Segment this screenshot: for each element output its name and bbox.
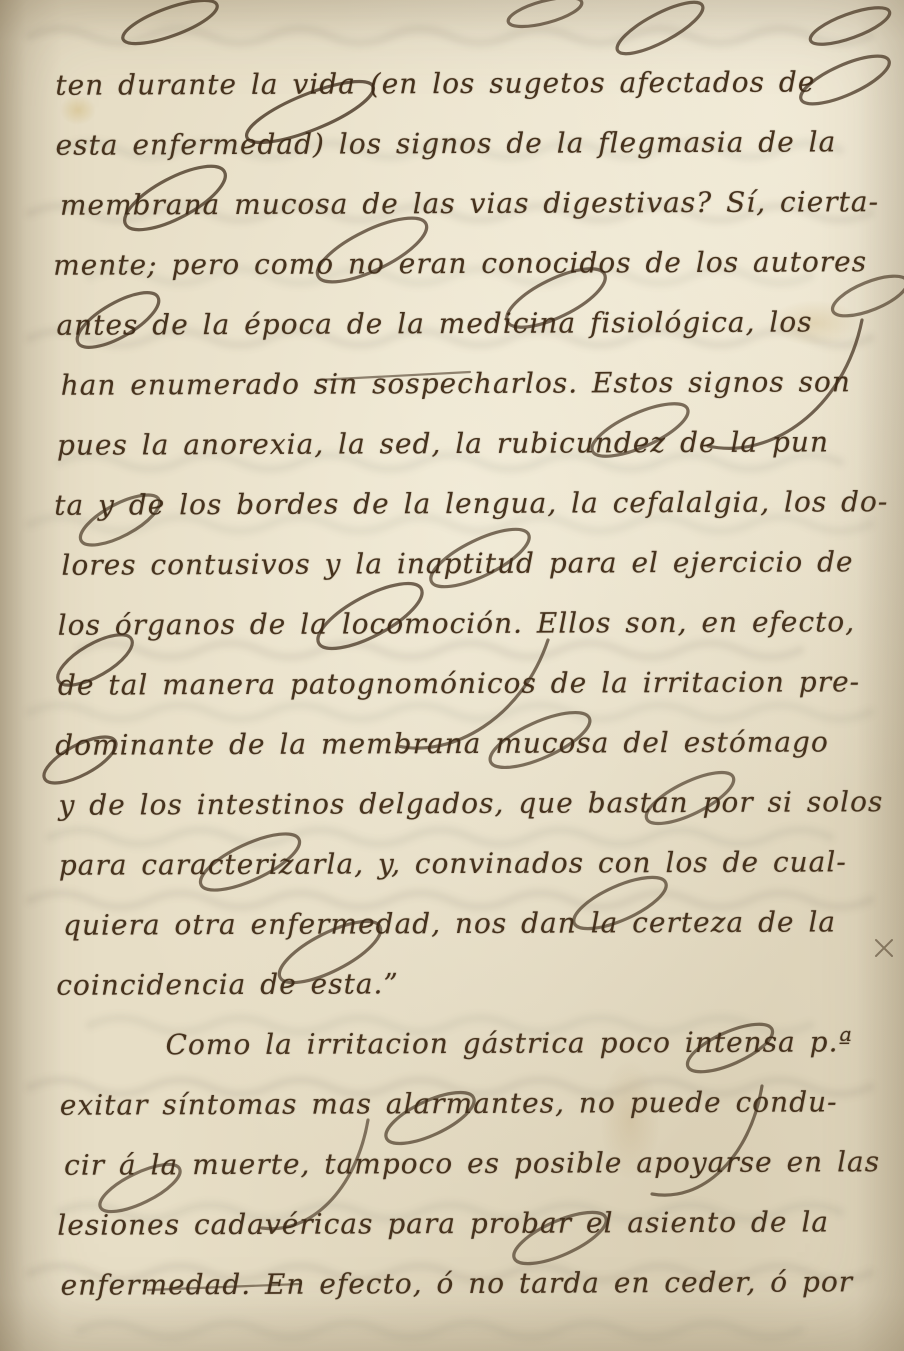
margin-cross-mark <box>876 940 892 956</box>
manuscript-line: y de los intestinos delgados, que bastan… <box>58 772 864 836</box>
manuscript-line: pues la anorexia, la sed, la rubicundez … <box>57 412 863 476</box>
manuscript-text: ten durante la vida (en los sugetos afec… <box>55 52 866 1316</box>
manuscript-line: los órganos de la locomoción. Ellos son,… <box>58 592 864 656</box>
manuscript-line: ten durante la vida (en los sugetos afec… <box>55 52 861 116</box>
manuscript-line: antes de la época de la medicina fisioló… <box>56 292 862 356</box>
manuscript-line: cir á la muerte, tampoco es posible apoy… <box>64 1132 866 1195</box>
manuscript-line: para caracterizarla, y, convinados con l… <box>59 832 865 896</box>
flourish-loop <box>505 0 584 32</box>
manuscript-line: esta enfermedad) los signos de la flegma… <box>56 112 862 176</box>
second-paragraph: Como la irritacion gástrica poco intensa… <box>59 1012 866 1316</box>
manuscript-line: lores contusivos y la inaptitud para el … <box>61 532 863 595</box>
manuscript-line: han enumerado sin sospecharlos. Estos si… <box>61 352 863 415</box>
flourish-loop <box>118 0 222 52</box>
manuscript-line: enfermedad. En efecto, ó no tarda en ced… <box>60 1252 866 1316</box>
manuscript-page: ten durante la vida (en los sugetos afec… <box>0 0 904 1351</box>
manuscript-line: exitar síntomas mas alarmantes, no puede… <box>60 1072 866 1136</box>
bleed-line <box>80 1323 800 1337</box>
manuscript-line: lesiones cadavéricas para probar el asie… <box>57 1192 866 1256</box>
flourish-loop <box>806 0 893 51</box>
manuscript-line: coincidencia de esta.” <box>56 952 865 1016</box>
manuscript-line: mente; pero como no eran conocidos de lo… <box>53 232 862 296</box>
quoted-paragraph: ten durante la vida (en los sugetos afec… <box>55 52 865 1016</box>
manuscript-line: membrana mucosa de las vias digestivas? … <box>60 172 862 235</box>
manuscript-line: Como la irritacion gástrica poco intensa… <box>59 1012 865 1076</box>
manuscript-line: dominante de la membrana mucosa del estó… <box>55 712 864 776</box>
manuscript-line: ta y de los bordes de la lengua, la cefa… <box>54 472 863 536</box>
manuscript-line: de tal manera patognomónicos de la irrit… <box>58 652 864 716</box>
bleed-line <box>30 29 870 43</box>
manuscript-line: quiera otra enfermedad, nos dan la certe… <box>63 892 865 955</box>
